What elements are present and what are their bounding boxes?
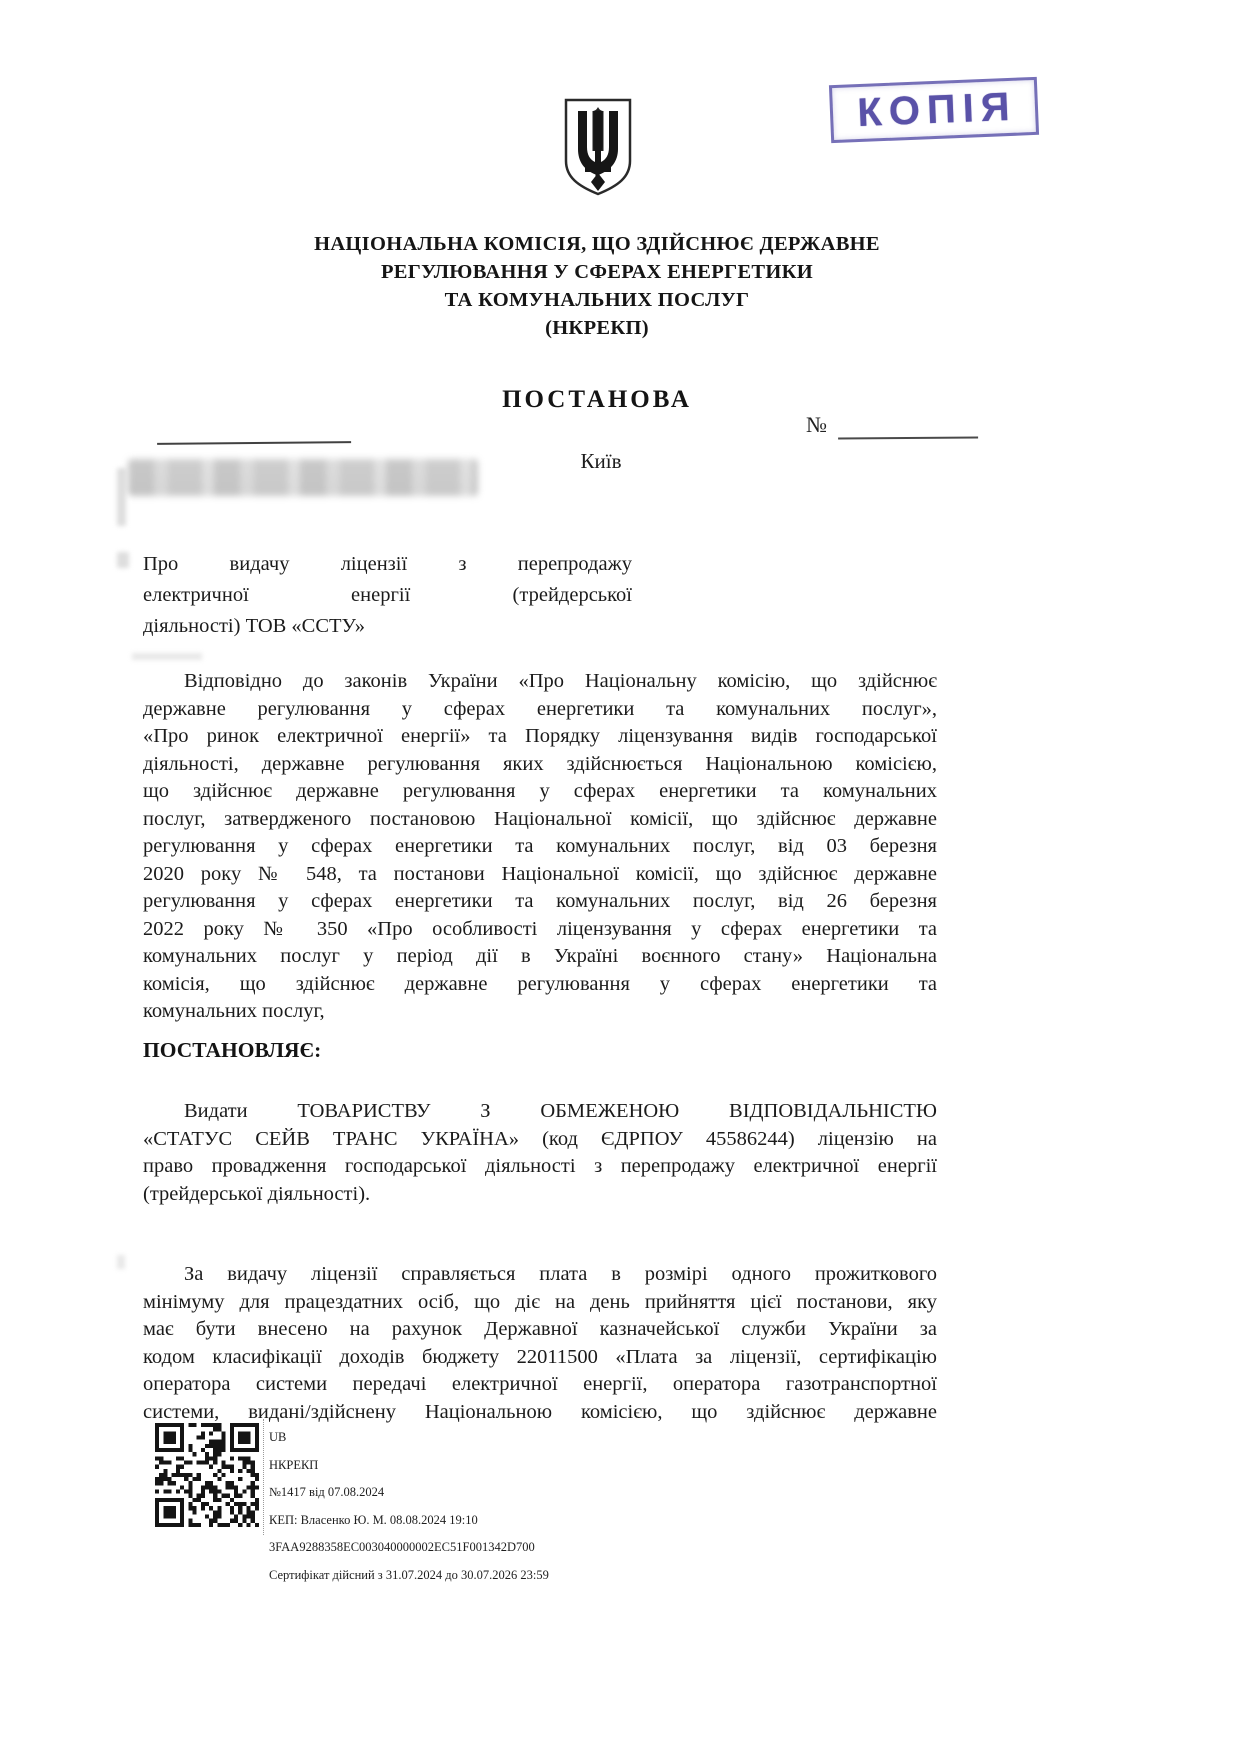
text-line: комісія, що здійснює державне регулюванн… xyxy=(143,971,937,999)
ukraine-trident-emblem-icon xyxy=(562,97,634,197)
text-line: комунальних послуг, xyxy=(143,998,937,1026)
text-line: «СТАТУС СЕЙВ ТРАНС УКРАЇНА» (код ЄДРПОУ … xyxy=(143,1126,937,1154)
resolves-heading: ПОСТАНОВЛЯЄ: xyxy=(143,1038,321,1063)
text-line: За видачу ліцензії справляється плата в … xyxy=(143,1261,937,1289)
org-name-line: НАЦІОНАЛЬНА КОМІСІЯ, ЩО ЗДІЙСНЮЄ ДЕРЖАВН… xyxy=(192,230,1002,258)
text-line: мінімуму для працездатних осіб, що діє н… xyxy=(143,1289,937,1317)
qr-code xyxy=(155,1423,259,1527)
text-line: «Про ринок електричної енергії» та Поряд… xyxy=(143,723,937,751)
org-name-line: (НКРЕКП) xyxy=(192,314,1002,342)
text-line: оператора системи передачі електричної е… xyxy=(143,1371,937,1399)
text-line: регулювання у сферах енергетики та комун… xyxy=(143,833,937,861)
paragraph-license-fee: За видачу ліцензії справляється плата в … xyxy=(143,1261,937,1426)
text-line: Сертифікат дійсний з 31.07.2024 до 30.07… xyxy=(269,1562,729,1590)
text-line: Видати ТОВАРИСТВУ З ОБМЕЖЕНОЮ ВІДПОВІДАЛ… xyxy=(143,1098,937,1126)
text-line: (трейдерської діяльності). xyxy=(143,1181,937,1209)
text-line: має бути внесено на рахунок Державної ка… xyxy=(143,1316,937,1344)
text-line: послуг, затвердженого постановою Націона… xyxy=(143,806,937,834)
text-line: що здійснює державне регулювання у сфера… xyxy=(143,778,937,806)
subject-block: Про видачу ліцензії з перепродажуелектри… xyxy=(143,549,632,642)
text-line: електричної енергії (трейдерської xyxy=(143,580,632,611)
text-line: 2020 року № 548, та постанови Національн… xyxy=(143,861,937,889)
text-line: діяльності) ТОВ «ССТУ» xyxy=(143,611,632,642)
doc-type-title: ПОСТАНОВА xyxy=(197,386,997,414)
copy-stamp: КОПІЯ xyxy=(829,77,1039,143)
text-line: №1417 від 07.08.2024 xyxy=(269,1479,729,1507)
copy-stamp-label: КОПІЯ xyxy=(851,84,1018,136)
text-line: діяльності, державне регулювання яких зд… xyxy=(143,751,937,779)
text-line: 3FAA9288358EC003040000002EC51F001342D700 xyxy=(269,1534,729,1562)
org-name-line: РЕГУЛЮВАННЯ У СФЕРАХ ЕНЕРГЕТИКИ xyxy=(192,258,1002,286)
text-line: Відповідно до законів України «Про Націо… xyxy=(143,668,937,696)
paragraph-license-grant: Видати ТОВАРИСТВУ З ОБМЕЖЕНОЮ ВІДПОВІДАЛ… xyxy=(143,1098,937,1208)
text-line: НКРЕКП xyxy=(269,1452,729,1480)
doc-date-blank-line xyxy=(157,416,351,445)
esign-stamp: UBНКРЕКП№1417 від 07.08.2024КЕП: Власенк… xyxy=(269,1424,729,1589)
text-line: регулювання у сферах енергетики та комун… xyxy=(143,888,937,916)
org-name: НАЦІОНАЛЬНА КОМІСІЯ, ЩО ЗДІЙСНЮЄ ДЕРЖАВН… xyxy=(192,230,1002,342)
doc-number-blank-line xyxy=(838,412,978,440)
text-line: Про видачу ліцензії з перепродажу xyxy=(143,549,632,580)
doc-number-label: № xyxy=(806,412,827,438)
text-line: КЕП: Власенко Ю. М. 08.08.2024 19:10 xyxy=(269,1507,729,1535)
text-line: UB xyxy=(269,1424,729,1452)
text-line: право провадження господарської діяльнос… xyxy=(143,1153,937,1181)
text-line: державне регулювання у сферах енергетики… xyxy=(143,696,937,724)
document-page: КОПІЯ НАЦІОНАЛЬНА КОМІСІЯ, ЩО ЗДІЙСНЮЄ Д… xyxy=(0,0,1240,1754)
scan-artifact xyxy=(117,552,129,568)
org-name-line: ТА КОМУНАЛЬНИХ ПОСЛУГ xyxy=(192,286,1002,314)
scan-artifact xyxy=(117,468,126,526)
text-line: кодом класифікації доходів бюджету 22011… xyxy=(143,1344,937,1372)
erased-text-smudge xyxy=(128,459,478,496)
scan-artifact xyxy=(132,653,202,660)
text-line: 2022 року № 350 «Про особливості ліцензу… xyxy=(143,916,937,944)
esign-separator-line xyxy=(263,1419,264,1535)
scan-artifact xyxy=(117,1255,125,1269)
text-line: комунальних послуг у період дії в Україн… xyxy=(143,943,937,971)
paragraph-preamble: Відповідно до законів України «Про Націо… xyxy=(143,668,937,1026)
